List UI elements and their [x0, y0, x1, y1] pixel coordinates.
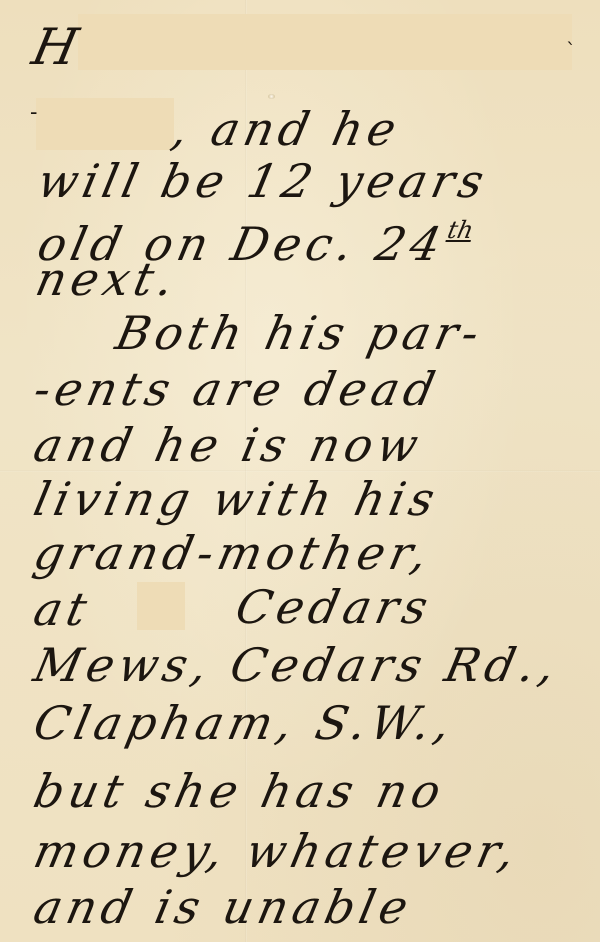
letter-line-13-text: Clapham, S.W.,: [29, 696, 460, 750]
letter-line-5-text: next.: [31, 252, 183, 306]
letter-line-11-after: Cedars: [232, 584, 437, 630]
letter-line-1: H: [28, 22, 87, 72]
letter-line-8-text: and he is now: [29, 418, 428, 472]
letter-line-6: Both his par-: [112, 310, 488, 356]
letter-line-16-text: and is unable: [29, 880, 418, 934]
letter-line-8: and he is now: [30, 422, 427, 468]
letter-line-15-text: money, whatever,: [29, 824, 525, 878]
letter-line-9-text: living with his: [29, 472, 444, 526]
letter-line-5: next.: [32, 256, 183, 302]
letter-line-2-text: , and he: [167, 102, 406, 156]
pinhole-mark: [268, 94, 275, 99]
letter-line-3-text: will be 12 years: [33, 154, 493, 208]
ink-mark-line-2-start: -: [30, 100, 37, 125]
letter-line-2: , and he: [168, 106, 405, 152]
ink-mark-line-1-end: `: [566, 38, 576, 62]
letter-line-9: living with his: [30, 476, 443, 522]
redaction-patch-line-1: [78, 14, 572, 70]
redaction-patch-line-2: [36, 98, 174, 150]
letter-line-11-text: at: [29, 582, 96, 636]
letter-page: ` - H , and he will be 12 years old on D…: [0, 0, 600, 942]
letter-line-16: and is unable: [30, 884, 417, 930]
letter-line-10: grand-mother,: [30, 530, 436, 576]
letter-line-7-text: -ents are dead: [29, 362, 444, 416]
letter-line-3: will be 12 years: [34, 158, 493, 204]
redaction-patch-line-11: [137, 582, 185, 630]
letter-line-14: but she has no: [30, 768, 450, 814]
letter-line-11-after-text: Cedars: [231, 580, 437, 634]
letter-line-7: -ents are dead: [30, 366, 444, 412]
letter-line-13: Clapham, S.W.,: [30, 700, 459, 746]
letter-line-11: at: [30, 586, 96, 632]
letter-line-12-text: Mews, Cedars Rd.,: [29, 638, 565, 692]
letter-line-10-text: grand-mother,: [29, 526, 437, 580]
letter-line-6-text: Both his par-: [111, 306, 489, 360]
letter-line-4-suffix: th: [445, 216, 476, 244]
letter-line-12: Mews, Cedars Rd.,: [30, 642, 564, 688]
letter-line-14-text: but she has no: [29, 764, 450, 818]
letter-line-15: money, whatever,: [30, 828, 524, 874]
